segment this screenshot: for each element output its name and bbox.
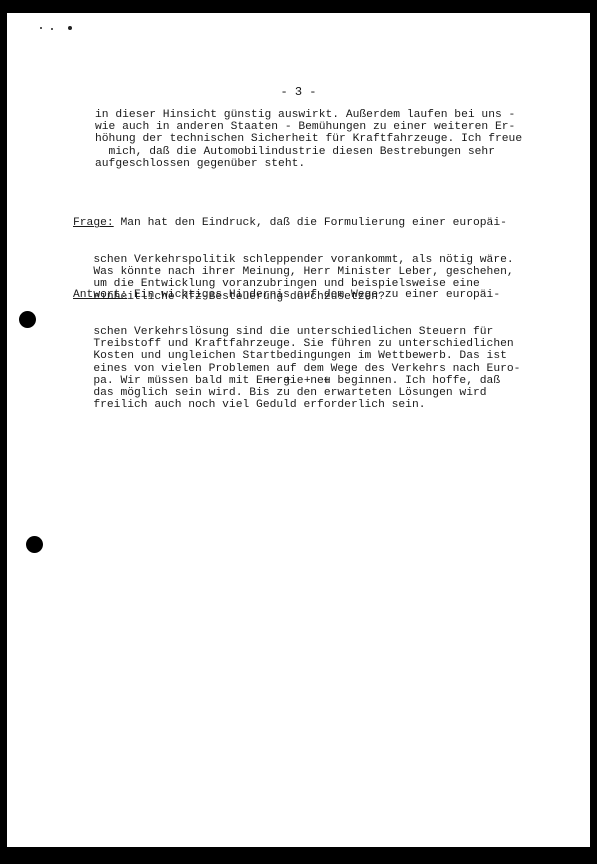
page-number: - 3 - bbox=[7, 85, 590, 99]
text-line: das möglich sein wird. Bis zu den erwart… bbox=[73, 387, 520, 399]
text-line: Kosten und ungleichen Startbedingungen i… bbox=[73, 350, 520, 362]
text-line: schen Verkehrslösung sind die unterschie… bbox=[73, 326, 520, 338]
answer-first-line: Ein wichtiges Hindernis auf dem Wege zu … bbox=[127, 289, 500, 301]
punch-hole-top bbox=[19, 311, 36, 328]
document-page: - 3 - in dieser Hinsicht günstig auswirk… bbox=[7, 13, 590, 847]
intro-paragraph: in dieser Hinsicht günstig auswirkt. Auß… bbox=[95, 109, 522, 170]
question-label: Frage: bbox=[73, 217, 114, 229]
ink-speck bbox=[51, 28, 53, 30]
punch-hole-bottom bbox=[26, 536, 43, 553]
text-line: mich, daß die Automobilindustrie diesen … bbox=[95, 146, 522, 158]
question-first-line: Man hat den Eindruck, daß die Formulieru… bbox=[114, 217, 507, 229]
text-line: eines von vielen Problemen auf dem Wege … bbox=[73, 363, 520, 375]
text-line: freilich auch noch viel Geduld erforderl… bbox=[73, 399, 520, 411]
text-line: höhung der technischen Sicherheit für Kr… bbox=[95, 133, 522, 145]
text-line: in dieser Hinsicht günstig auswirkt. Auß… bbox=[95, 109, 522, 121]
text-line: Treibstoff und Kraftfahrzeuge. Sie führe… bbox=[73, 338, 520, 350]
end-mark: + + + + bbox=[7, 375, 590, 387]
text-line: aufgeschlossen gegenüber steht. bbox=[95, 158, 522, 170]
ink-speck bbox=[40, 27, 42, 29]
answer-paragraph: Antwort: Ein wichtiges Hindernis auf dem… bbox=[73, 265, 520, 436]
answer-label: Antwort: bbox=[73, 289, 127, 301]
ink-speck bbox=[68, 26, 72, 30]
text-line: wie auch in anderen Staaten - Bemühungen… bbox=[95, 121, 522, 133]
